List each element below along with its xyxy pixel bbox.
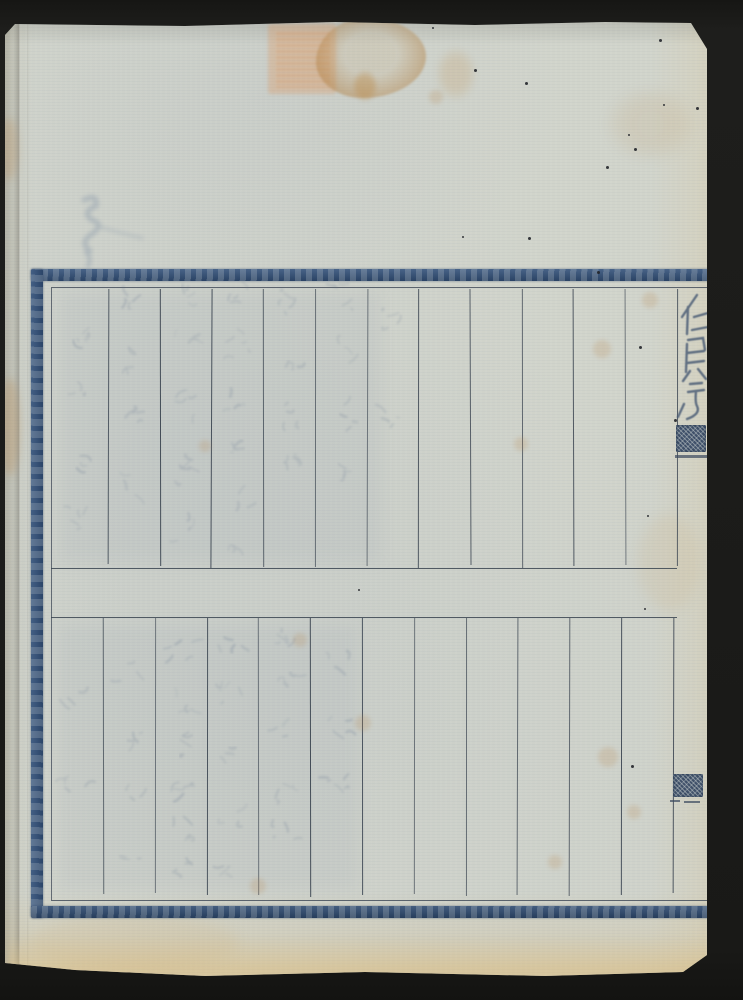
bleed-mark (175, 455, 199, 485)
bleed-mark (120, 855, 140, 860)
bleed-mark (175, 688, 201, 713)
foxing-spot (593, 340, 611, 358)
bleed-mark (286, 361, 305, 370)
bleed-mark (218, 805, 246, 827)
page-art-layer (0, 0, 743, 1000)
ink-speck (634, 148, 637, 151)
bleed-mark (328, 716, 356, 738)
ink-speck (639, 346, 642, 349)
bleed-mark (221, 748, 236, 763)
ink-speck (628, 134, 630, 136)
bleed-mark (224, 329, 250, 358)
bleed-mark (60, 688, 88, 709)
spine-title-characters (678, 295, 708, 419)
bleed-mark (283, 402, 298, 430)
foxing-spot (250, 878, 266, 894)
bleed-mark (327, 284, 353, 311)
foxing-spot (355, 715, 371, 731)
bleed-mark (164, 640, 203, 663)
bleed-mark (64, 506, 87, 529)
bleed-mark (68, 382, 85, 396)
bleed-mark (77, 456, 91, 473)
ink-speck (631, 765, 634, 768)
scan-background (0, 0, 743, 1000)
bleed-mark (182, 284, 196, 305)
bleedthrough-marks (56, 278, 401, 877)
foxing-spot (548, 855, 562, 869)
ink-speck (606, 166, 609, 169)
bleed-mark (171, 782, 194, 801)
bleed-mark (216, 682, 242, 704)
bleed-mark (340, 397, 357, 432)
bleed-mark (276, 784, 298, 804)
bleed-mark (126, 785, 146, 801)
foxing-spot (598, 747, 618, 767)
bleed-mark (219, 637, 249, 652)
ink-speck (647, 515, 649, 517)
bleed-mark (231, 441, 244, 453)
bleed-mark (326, 650, 350, 674)
bleed-mark (121, 473, 144, 504)
bleed-mark (180, 732, 192, 756)
bleed-mark (382, 308, 401, 329)
bleed-mark (223, 388, 244, 411)
ink-speck (674, 419, 677, 422)
bleed-mark (111, 661, 143, 681)
ink-speck (644, 608, 646, 610)
foxing-spot (199, 440, 211, 452)
bleed-mark (228, 545, 242, 555)
margin-ghost-glyph (84, 198, 142, 266)
foxing-spot (627, 805, 641, 819)
bleed-mark (126, 407, 145, 423)
bleed-mark (338, 336, 358, 363)
ink-speck (597, 271, 600, 274)
bleed-mark (376, 405, 399, 428)
foxing-spot (293, 633, 307, 647)
bleed-mark (339, 464, 352, 481)
bleed-mark (275, 629, 294, 647)
bleed-mark (237, 486, 256, 510)
bleed-mark (175, 330, 203, 343)
ink-speck (696, 107, 699, 110)
bleed-mark (56, 776, 95, 792)
book-page (5, 21, 707, 978)
bleed-mark (173, 858, 192, 877)
ink-speck (528, 237, 531, 240)
ink-speck (525, 82, 528, 85)
bleedthrough-overlay (0, 0, 743, 1000)
bleed-mark (73, 328, 89, 348)
bleed-mark (128, 732, 142, 750)
bleed-mark (122, 287, 140, 309)
bleed-mark (278, 673, 306, 688)
foxing-spot (514, 437, 528, 451)
ink-speck (663, 104, 665, 106)
ink-speck (462, 236, 464, 238)
bleed-mark (268, 719, 289, 737)
ink-speck (659, 39, 662, 42)
ink-speck (358, 589, 360, 591)
bleed-mark (278, 289, 295, 315)
ink-speck (432, 27, 434, 29)
bleed-mark (228, 278, 247, 302)
bleed-mark (284, 454, 302, 470)
bleed-mark (175, 390, 196, 423)
bleed-mark (170, 513, 194, 542)
foxing-spot (429, 90, 443, 104)
bleed-mark (214, 866, 232, 877)
bleed-mark (123, 347, 136, 374)
bleed-mark (320, 774, 349, 792)
foxing-spot (642, 292, 658, 308)
bleed-mark (173, 817, 194, 841)
ink-speck (474, 69, 477, 72)
bleed-mark (272, 820, 302, 839)
